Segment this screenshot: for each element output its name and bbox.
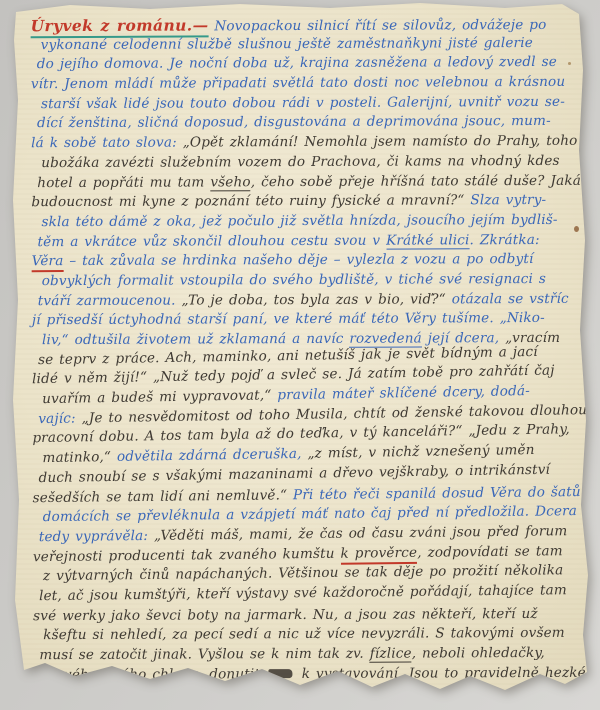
text-segment: vítr. Jenom mládí může připadati světlá … [31, 74, 565, 92]
scribbled-out-word: xxx [269, 669, 293, 678]
text-segment: fízlice [370, 646, 412, 663]
text-segment: skla této dámě z oka, jež počulo již svě… [41, 212, 557, 230]
text-segment: Novopackou silnicí řítí se silovůz, odvá… [208, 17, 546, 34]
text-segment: vykonané celodenní službě slušnou ještě … [41, 35, 533, 53]
photo-of-manuscript: { "document": { "kind": "handwritten-man… [0, 0, 600, 710]
manuscript-line: musí se zatočit jinak. Vyšlou se k nim t… [39, 644, 583, 666]
text-segment: tváří zarmoucenou. [38, 292, 182, 309]
manuscript-line: budoucnost mi kyne z poznání této ruiny … [31, 191, 581, 213]
text-segment: veřejnosti producenti tak zvaného kumštu [33, 545, 341, 564]
text-segment: , neboli ohledačky, [412, 645, 545, 662]
text-segment: musí se zatočit jinak. Vyšlou se k nim t… [39, 646, 369, 663]
text-segment: k prověrce [340, 544, 417, 564]
text-segment: ubožáka zavézti služebním vozem do Prach… [41, 153, 560, 171]
manuscript-line: do jejího domova. Je noční doba už, kraj… [37, 53, 581, 75]
text-segment: pravila máteř sklíčené dcery, dodá- [277, 383, 530, 403]
text-segment: starší však lidé jsou touto dobou rádi v… [41, 94, 565, 112]
text-segment: dící ženština, sličná doposud, disgustov… [37, 113, 551, 131]
text-segment: hotel a popřáti mu tam [37, 174, 210, 191]
paper-shadow-wrap: Úryvek z románu.— Novopackou silnicí řít… [0, 0, 600, 710]
text-segment: budoucnost mi kyne z poznání této ruiny … [31, 192, 470, 210]
text-segment: otázala se vstříc [452, 290, 569, 307]
manuscript-line: takového líného chlapa, donutit xxx k vy… [33, 663, 583, 685]
manuscript-line: skla této dámě z oka, jež počulo již svě… [41, 211, 581, 233]
text-segment: k vystavování. Jsou to pravidelně hezké [296, 664, 586, 681]
text-segment: liv,“ odtušila životem už zklamaná a nav… [42, 331, 349, 348]
text-segment: Při této řeči spanilá dosud Věra do šatů [293, 483, 581, 502]
text-segment: vajíc: [38, 410, 82, 427]
text-segment: Věra [32, 253, 64, 272]
text-segment: jí přisedší úctyhodná starší paní, ve kt… [32, 310, 545, 328]
manuscript-line: své werky jako ševci boty na jarmark. Nu… [33, 604, 583, 626]
manuscript-line: Úryvek z románu.— Novopackou silnicí řít… [31, 14, 581, 36]
manuscript-text: Úryvek z románu.— Novopackou silnicí řít… [29, 14, 584, 686]
text-segment: lá k sobě tato slova: [31, 135, 183, 152]
manuscript-line: vykonané celodenní službě slušnou ještě … [41, 33, 581, 55]
text-segment: všeho [210, 174, 250, 191]
text-segment: . Zkrátka: [469, 232, 539, 248]
manuscript-line: hotel a popřáti mu tam všeho, čeho sobě … [37, 171, 581, 193]
text-segment: , zodpovídati se tam [417, 543, 563, 561]
text-segment: – tak zůvala se hrdinka našeho děje – vy… [63, 251, 533, 269]
manuscript-line: tváří zarmoucenou. „To je doba, tos byla… [38, 289, 582, 311]
manuscript-line: vítr. Jenom mládí může připadati světlá … [31, 73, 581, 95]
text-segment: „Věděti máš, mami, že čas od času zváni … [154, 523, 568, 544]
manuscript-line: starší však lidé jsou touto dobou rádi v… [41, 93, 581, 115]
manuscript-line: Věra – tak zůvala se hrdinka našeho děje… [32, 250, 582, 272]
text-segment: sešedších se tam lidí ani nemluvě.“ [33, 487, 294, 506]
text-segment: do jejího domova. Je noční doba už, kraj… [37, 54, 557, 72]
text-segment: let, ač jsou kumštýři, kteří výstavy své… [39, 582, 567, 604]
text-segment: takového líného chlapa, donutit [33, 666, 265, 683]
text-segment: „z míst, v nichž vznešený uměn [307, 442, 534, 462]
text-segment: uvařím a budeš mi vypravovat,“ [42, 387, 277, 407]
text-segment: své werky jako ševci boty na jarmark. Nu… [33, 606, 538, 624]
manuscript-line: kšeftu si nehledí, za pecí sedí a nic už… [43, 624, 583, 646]
text-segment: odvětila zdárná dceruška, [117, 446, 308, 465]
text-segment: , čeho sobě přeje hříšná tato stálé duše… [251, 172, 581, 189]
manuscript-line: dící ženština, sličná doposud, disgustov… [37, 112, 581, 134]
text-segment: Slza vytry- [470, 192, 546, 208]
manuscript-line: jí přisedší úctyhodná starší paní, ve kt… [32, 309, 582, 331]
text-segment: „To je doba, tos byla zas v bio, viď?“ [181, 291, 451, 308]
manuscript-line: těm a vkrátce vůz skončil dlouhou cestu … [37, 230, 581, 252]
manuscript-line: obvyklých formalit vstoupila do svého by… [42, 270, 582, 292]
text-segment: obvyklých formalit vstoupila do svého by… [42, 271, 546, 289]
paper: Úryvek z románu.— Novopackou silnicí řít… [0, 0, 600, 710]
text-segment: kšeftu si nehledí, za pecí sedí a nic už… [43, 625, 565, 643]
manuscript-line: ubožáka zavézti služebním vozem do Prach… [41, 152, 581, 174]
text-segment: „Opět zklamání! Nemohla jsem namísto do … [183, 133, 578, 151]
manuscript-line: lá k sobě tato slova: „Opět zklamání! Ne… [31, 132, 581, 154]
text-segment: Krátké ulici [386, 232, 470, 249]
text-segment: těm a vkrátce vůz skončil dlouhou cestu … [37, 232, 386, 250]
text-segment: matinko,“ [42, 449, 117, 466]
text-segment: tedy vyprávěla: [39, 528, 154, 545]
